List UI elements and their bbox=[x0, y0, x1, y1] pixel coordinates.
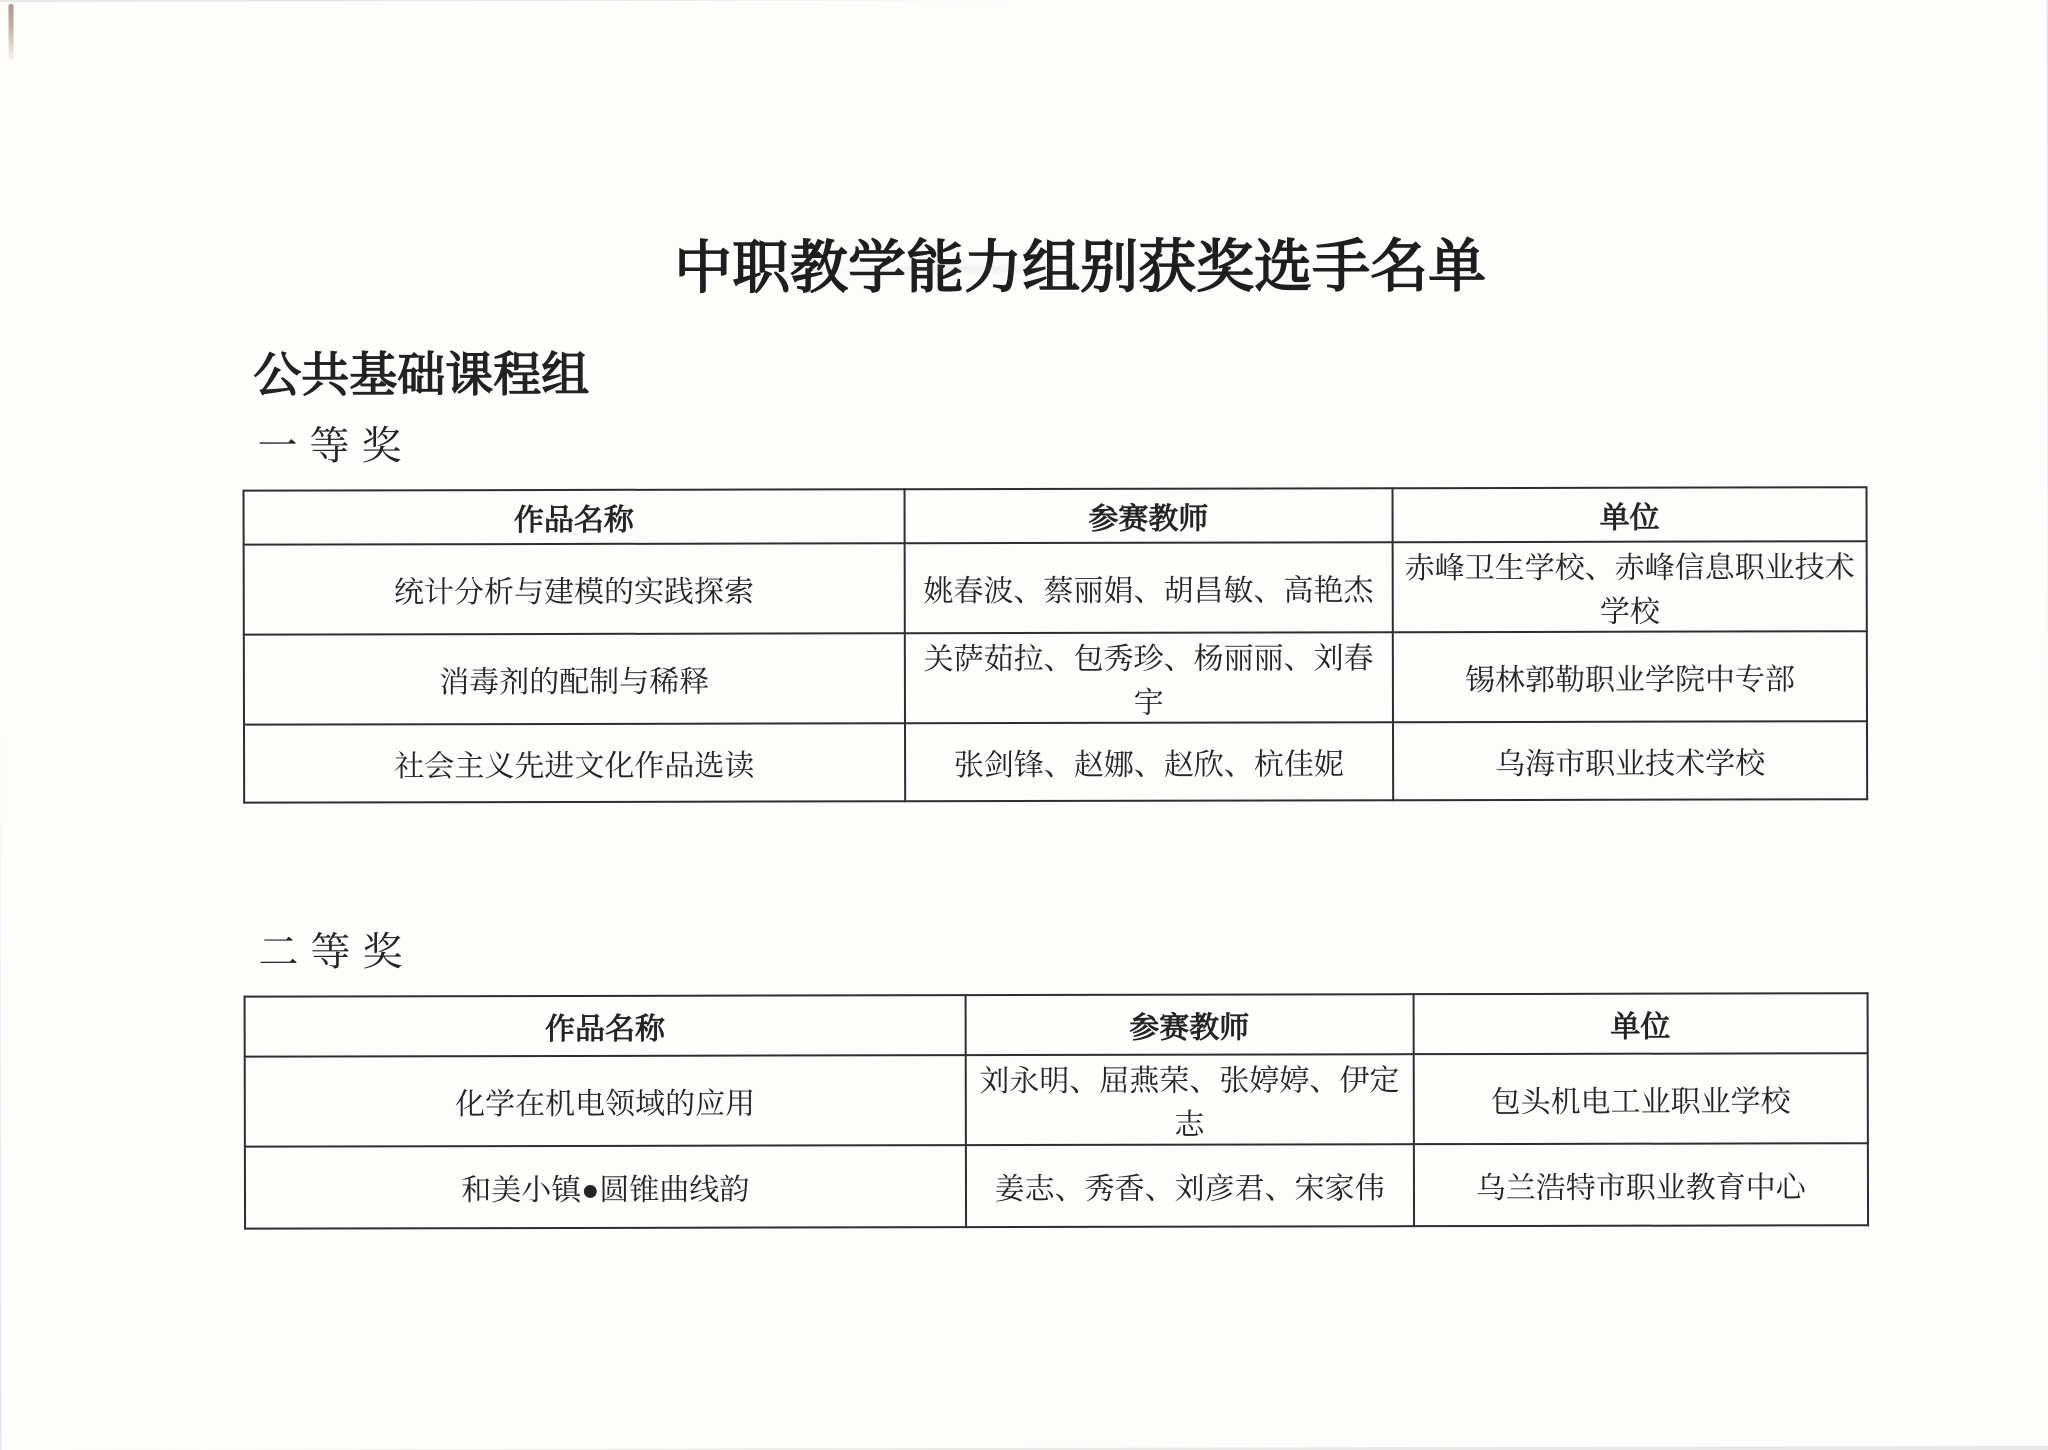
table-row: 消毒剂的配制与稀释 关萨茹拉、包秀珍、杨丽丽、刘春宇 锡林郭勒职业学院中专部 bbox=[244, 631, 1867, 724]
first-prize-table: 作品名称 参赛教师 单位 统计分析与建模的实践探索 姚春波、蔡丽娟、胡昌敏、高艳… bbox=[243, 486, 1869, 803]
award-label-second-prize: 二等奖 bbox=[258, 928, 2048, 974]
work-name-cell: 消毒剂的配制与稀释 bbox=[244, 633, 905, 724]
work-name-cell: 统计分析与建模的实践探索 bbox=[244, 543, 905, 634]
second-prize-table: 作品名称 参赛教师 单位 化学在机电领域的应用 刘永明、屈燕荣、张婷婷、伊定志 … bbox=[244, 992, 1869, 1229]
work-name-cell: 和美小镇●圆锥曲线韵 bbox=[245, 1145, 966, 1229]
teachers-cell: 姜志、秀香、刘彦君、宋家伟 bbox=[965, 1144, 1413, 1227]
unit-cell: 包头机电工业职业学校 bbox=[1413, 1053, 1868, 1144]
column-header-unit: 单位 bbox=[1413, 993, 1868, 1054]
column-header-work-name: 作品名称 bbox=[245, 995, 966, 1057]
table-row: 统计分析与建模的实践探索 姚春波、蔡丽娟、胡昌敏、高艳杰 赤峰卫生学校、赤峰信息… bbox=[244, 541, 1867, 634]
group-heading: 公共基础课程组 bbox=[253, 348, 2047, 402]
table-header-row: 作品名称 参赛教师 单位 bbox=[244, 487, 1867, 544]
column-header-unit: 单位 bbox=[1393, 487, 1867, 542]
column-header-work-name: 作品名称 bbox=[244, 489, 905, 544]
work-name-cell: 化学在机电领域的应用 bbox=[245, 1055, 966, 1147]
column-header-teachers: 参赛教师 bbox=[904, 488, 1393, 543]
scan-artifact bbox=[8, 4, 13, 60]
column-header-teachers: 参赛教师 bbox=[965, 994, 1413, 1055]
teachers-cell: 张剑锋、赵娜、赵欣、杭佳妮 bbox=[905, 722, 1394, 801]
teachers-cell: 刘永明、屈燕荣、张婷婷、伊定志 bbox=[965, 1054, 1413, 1145]
award-label-first-prize: 一等奖 bbox=[257, 422, 2047, 468]
unit-cell: 锡林郭勒职业学院中专部 bbox=[1393, 631, 1867, 722]
teachers-cell: 姚春波、蔡丽娟、胡昌敏、高艳杰 bbox=[904, 542, 1393, 633]
document-title: 中职教学能力组别获奖选手名单 bbox=[112, 0, 2047, 302]
table-row: 化学在机电领域的应用 刘永明、屈燕荣、张婷婷、伊定志 包头机电工业职业学校 bbox=[245, 1053, 1868, 1146]
unit-cell: 乌兰浩特市职业教育中心 bbox=[1413, 1143, 1868, 1226]
table-row: 和美小镇●圆锥曲线韵 姜志、秀香、刘彦君、宋家伟 乌兰浩特市职业教育中心 bbox=[245, 1143, 1868, 1228]
work-name-cell: 社会主义先进文化作品选读 bbox=[244, 723, 905, 802]
unit-cell: 乌海市职业技术学校 bbox=[1393, 721, 1867, 800]
table-header-row: 作品名称 参赛教师 单位 bbox=[245, 993, 1868, 1056]
scanned-document-page: 中职教学能力组别获奖选手名单 公共基础课程组 一等奖 作品名称 参赛教师 单位 … bbox=[0, 0, 2048, 1450]
table-row: 社会主义先进文化作品选读 张剑锋、赵娜、赵欣、杭佳妮 乌海市职业技术学校 bbox=[244, 721, 1867, 802]
scan-artifact bbox=[799, 262, 1129, 277]
teachers-cell: 关萨茹拉、包秀珍、杨丽丽、刘春宇 bbox=[904, 632, 1393, 723]
unit-cell: 赤峰卫生学校、赤峰信息职业技术学校 bbox=[1393, 541, 1867, 632]
